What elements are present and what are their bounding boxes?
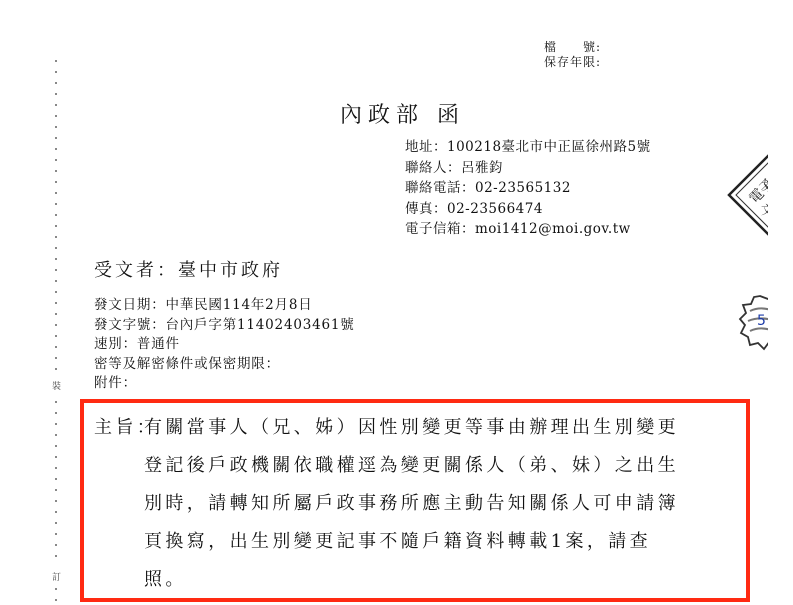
contact-phone: 聯絡電話：02-23565132 [405, 178, 651, 199]
svg-text:文: 文 [761, 179, 768, 193]
binding-dot [55, 423, 57, 425]
binding-dot [55, 203, 57, 205]
subject-line: 登記後戶政機關依職權逕為變更關係人（弟、妹）之出生 [144, 447, 679, 485]
recipient: 受文者：臺中市政府 [94, 256, 283, 282]
binding-dot [55, 82, 57, 84]
contact-email: 電子信箱：moi1412@moi.gov.tw [405, 219, 651, 240]
binding-dot [55, 500, 57, 502]
subject-line: 照。 [144, 561, 679, 599]
binding-dot [55, 522, 57, 524]
binding-dot [55, 467, 57, 469]
binding-dot [55, 346, 57, 348]
contact-fax: 傳真：02-23566474 [405, 199, 651, 220]
binding-label-top: 裝 [52, 379, 61, 392]
binding-dot [55, 214, 57, 216]
binding-dot [55, 489, 57, 491]
binding-dot [55, 192, 57, 194]
binding-dot [55, 159, 57, 161]
subject-line: 有關當事人（兄、姊）因性別變更等事由辦理出生別變更 [144, 409, 679, 447]
binding-dot [55, 291, 57, 293]
delivery-speed: 速別：普通件 [94, 335, 355, 355]
subject-line: 頁換寫，出生別變更記事不隨戶籍資料轉載1案，請查 [144, 523, 679, 561]
binding-dot [55, 456, 57, 458]
binding-dot [55, 236, 57, 238]
issue-date: 發文日期：中華民國114年2月8日 [94, 296, 355, 316]
binding-dot [55, 533, 57, 535]
contact-block: 地址：100218臺北市中正區徐州路5號 聯絡人：呂雅鈞 聯絡電話：02-235… [405, 137, 651, 240]
binding-dot [55, 313, 57, 315]
binding-dotted-line [53, 60, 59, 605]
binding-dot [55, 148, 57, 150]
subject-text: 有關當事人（兄、姊）因性別變更等事由辦理出生別變更 登記後戶政機關依職權逕為變更… [144, 409, 679, 599]
binding-label-bottom: 訂 [52, 570, 61, 583]
binding-dot [55, 412, 57, 414]
svg-text:文: 文 [761, 203, 768, 217]
binding-dot [55, 280, 57, 282]
binding-dot [55, 181, 57, 183]
retention-period-label: 保存年限: [544, 55, 601, 70]
binding-dot [55, 555, 57, 557]
document-page: 檔 號: 保存年限: 內政部 函 地址：100218臺北市中正區徐州路5號 聯絡… [0, 0, 768, 605]
document-meta: 發文日期：中華民國114年2月8日 發文字號：台內戶字第11402403461號… [94, 296, 355, 394]
binding-dot [55, 445, 57, 447]
binding-dot [55, 137, 57, 139]
binding-dot [55, 60, 57, 62]
binding-dot [55, 434, 57, 436]
subject-line: 別時，請轉知所屬戶政事務所應主動告知關係人可申請簿 [144, 485, 679, 523]
binding-dot [55, 401, 57, 403]
binding-dot [55, 71, 57, 73]
binding-dot [55, 247, 57, 249]
confidentiality: 密等及解密條件或保密期限： [94, 355, 355, 375]
official-seal-stamp-icon: 電子 文 文 [727, 150, 768, 240]
binding-dot [55, 104, 57, 106]
contact-person: 聯絡人：呂雅鈞 [405, 158, 651, 179]
binding-dot [55, 258, 57, 260]
binding-dot [55, 544, 57, 546]
binding-dot [55, 588, 57, 590]
binding-dot [55, 368, 57, 370]
document-title: 內政部 函 [340, 98, 465, 129]
binding-dot [55, 511, 57, 513]
binding-dot [55, 269, 57, 271]
document-number: 發文字號：台內戶字第11402403461號 [94, 316, 355, 336]
stamp-number: 5 [757, 313, 766, 329]
binding-dot [55, 170, 57, 172]
binding-dot [55, 225, 57, 227]
binding-dot [55, 93, 57, 95]
filing-number-label: 檔 號: [544, 40, 601, 55]
binding-dot [55, 357, 57, 359]
binding-dot [55, 126, 57, 128]
binding-dot [55, 478, 57, 480]
binding-dot [55, 302, 57, 304]
binding-dot [55, 324, 57, 326]
binding-dot [55, 115, 57, 117]
binding-dot [55, 599, 57, 601]
address: 地址：100218臺北市中正區徐州路5號 [405, 137, 651, 158]
attachments: 附件： [94, 374, 355, 394]
filing-info: 檔 號: 保存年限: [544, 40, 601, 70]
binding-dot [55, 335, 57, 337]
